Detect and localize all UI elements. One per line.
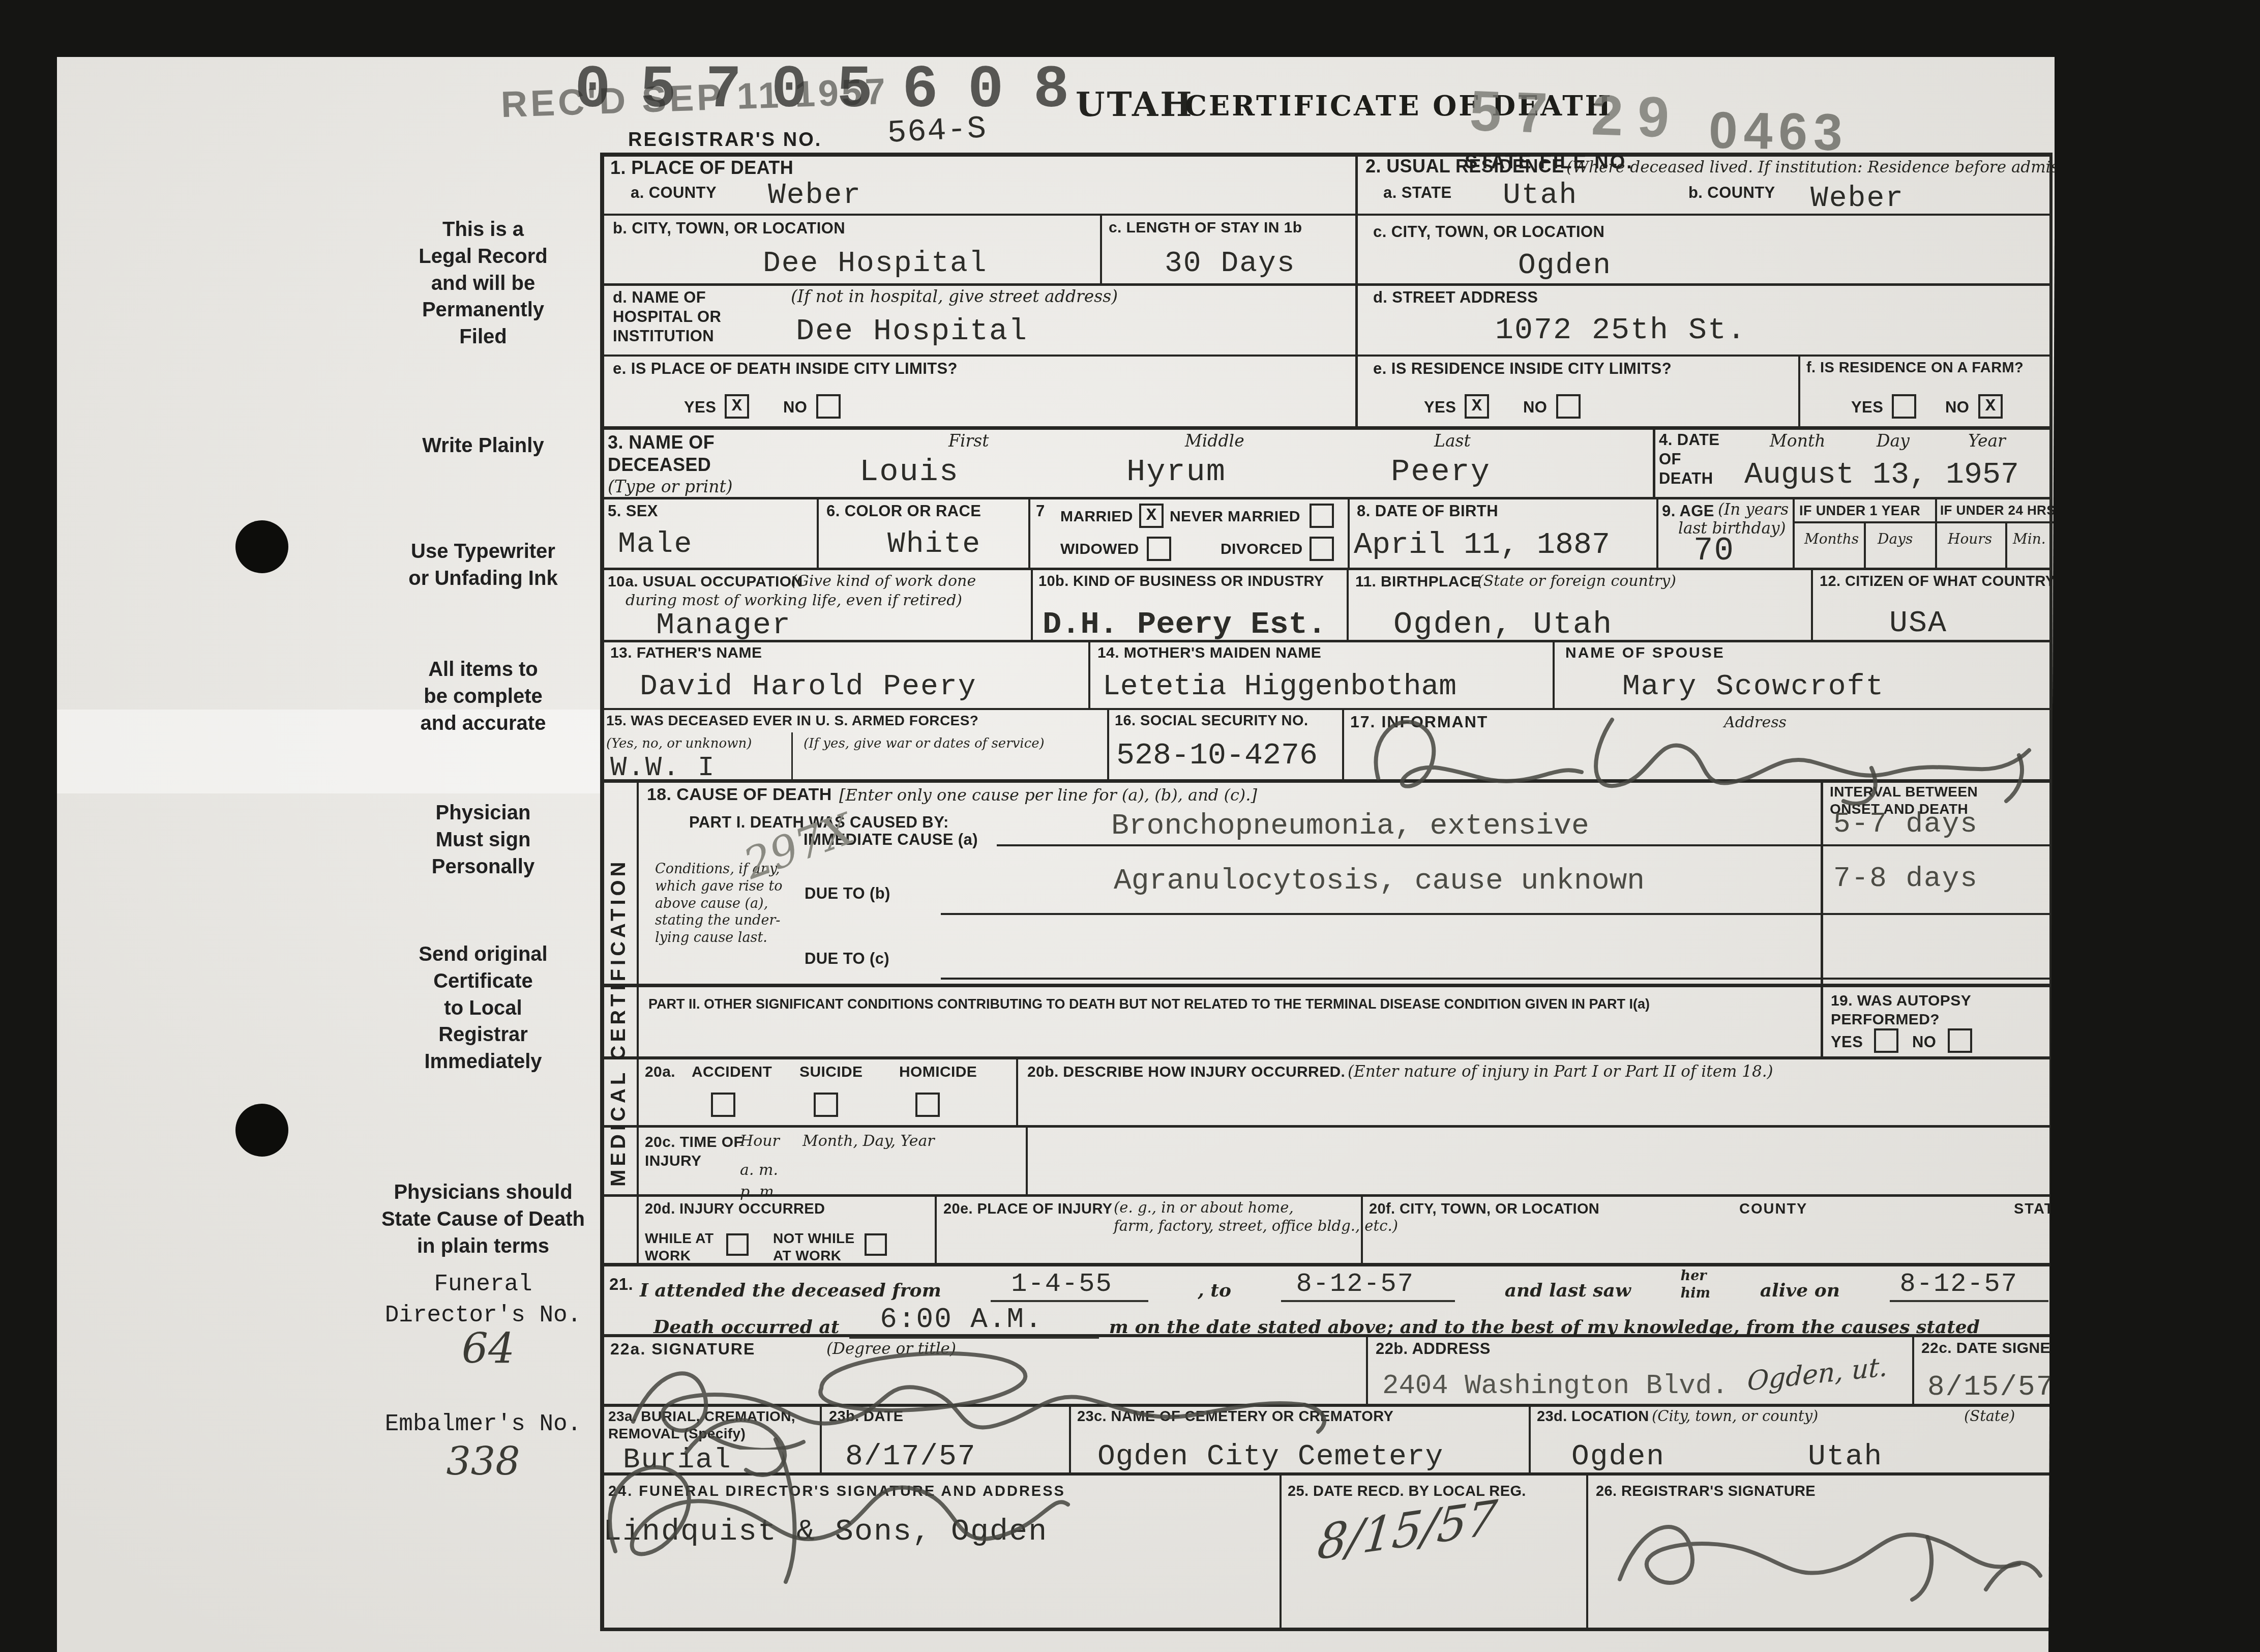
film-edge-left xyxy=(0,0,57,1652)
field-2b-value: Weber xyxy=(1810,182,1904,215)
field-2a-label: a. STATE xyxy=(1383,183,1452,202)
field-16-value: 528-10-4276 xyxy=(1116,739,1318,773)
field-20d-notwhile-label: NOT WHILE AT WORK xyxy=(773,1230,855,1264)
field-3-title: 3. NAME OF DECEASED xyxy=(608,431,715,476)
field-21-line1: I attended the deceased from 1-4-55 , to… xyxy=(640,1267,2048,1302)
field-20a-suicide-label: SUICIDE xyxy=(799,1063,863,1082)
field-18-title: 18. CAUSE OF DEATH xyxy=(647,784,832,805)
field-8-label: 8. DATE OF BIRTH xyxy=(1357,501,1498,521)
field-15-hint1: (Yes, no, or unknown) xyxy=(606,735,752,752)
field-20a-homicide-label: HOMICIDE xyxy=(899,1063,977,1082)
field-18-immediate-value: Bronchopneumonia, extensive xyxy=(1111,810,1589,843)
serial-number-stamp: 05705608 xyxy=(575,57,1099,125)
field-21-herhim: her him xyxy=(1681,1267,1710,1302)
line xyxy=(1355,153,1358,426)
field-20d-while-checkbox xyxy=(726,1233,749,1256)
field-7-never-checkbox xyxy=(1310,504,1334,528)
spouse-label: NAME OF SPOUSE xyxy=(1565,644,1725,663)
field-1d-value: Dee Hospital xyxy=(796,314,1028,349)
field-4-year-label: Year xyxy=(1968,430,2006,451)
line xyxy=(1586,1472,1588,1628)
state-file-value-stamp: 0463 xyxy=(1708,101,1849,163)
field-4-label: 4. DATE OF DEATH xyxy=(1659,430,1719,488)
line xyxy=(1653,426,1655,497)
field-3-last-value: Peery xyxy=(1391,454,1491,490)
informant-signature xyxy=(1358,692,2039,814)
field-2e-yes-label: YES xyxy=(1424,398,1456,417)
field-20a-accident-label: ACCIDENT xyxy=(692,1063,772,1082)
field-11-hint: (State or foreign country) xyxy=(1477,572,1676,591)
field-1e-yes-label: YES xyxy=(684,398,716,417)
field-6-value: White xyxy=(887,528,981,561)
field-21-num: 21. xyxy=(609,1274,633,1294)
line xyxy=(1366,1334,1368,1404)
field-1a-label: a. COUNTY xyxy=(631,183,717,202)
field-10b-value: D.H. Peery Est. xyxy=(1043,606,1326,642)
field-14-label: 14. MOTHER'S MAIDEN NAME xyxy=(1097,644,1321,663)
field-2d-value: 1072 25th St. xyxy=(1495,313,1746,348)
field-18-due-b-label: DUE TO (b) xyxy=(805,884,890,903)
field-23d-hint: (City, town, or county) xyxy=(1652,1407,1818,1425)
field-21-her: her xyxy=(1681,1267,1710,1285)
field-7-divorced-checkbox xyxy=(1310,537,1334,561)
field-22c-label: 22c. DATE SIGNED xyxy=(1921,1339,2062,1358)
line xyxy=(1793,521,2055,523)
field-20c-am-label: a. m. xyxy=(740,1161,778,1180)
title-state: UTAH xyxy=(1076,84,1194,124)
line xyxy=(1529,1404,1531,1472)
field-21-t6: m on the date stated above; and to the b… xyxy=(1109,1316,1980,1339)
field-5-label: 5. SEX xyxy=(608,501,658,521)
line xyxy=(817,497,819,568)
field-2a-value: Utah xyxy=(1503,179,1578,212)
line xyxy=(600,426,2053,430)
field-20e-hint: (e. g., in or about home, farm, factory,… xyxy=(1114,1198,1398,1235)
field-2-title: 2. USUAL RESIDENCE xyxy=(1365,155,1564,178)
line xyxy=(1793,497,1795,568)
field-4-month-label: Month xyxy=(1770,430,1825,451)
field-21-t5: Death occurred at xyxy=(653,1316,839,1339)
field-1e-no-checkbox xyxy=(816,394,841,419)
field-9-under1-label: IF UNDER 1 YEAR xyxy=(1799,503,1920,519)
margin-note-legal-record: This is a Legal Record and will be Perma… xyxy=(315,216,651,350)
line xyxy=(1348,497,1350,568)
line xyxy=(1028,497,1030,568)
field-23d-state-hint: (State) xyxy=(1964,1407,2015,1425)
field-21-line2: Death occurred at 6:00 A.M. m on the dat… xyxy=(653,1303,2052,1339)
line xyxy=(600,1056,2053,1059)
field-18-bracket-hint: [Enter only one cause per line for (a), … xyxy=(839,785,1257,805)
interval-column-border xyxy=(1821,779,1823,1056)
field-10b-label: 10b. KIND OF BUSINESS OR INDUSTRY xyxy=(1038,573,1324,591)
field-2d-label: d. STREET ADDRESS xyxy=(1373,288,1538,307)
field-23d-state-value: Utah xyxy=(1808,1440,1883,1473)
field-18-interval-b-value: 7-8 days xyxy=(1833,862,1978,895)
field-11-value: Ogden, Utah xyxy=(1393,606,1613,642)
field-23d-city-value: Ogden xyxy=(1571,1440,1665,1473)
film-edge-top xyxy=(0,0,2260,57)
field-2f-no-label: NO xyxy=(1945,398,1969,417)
field-15-value: W.W. I xyxy=(610,753,715,784)
field-20a-homicide-checkbox xyxy=(915,1093,940,1117)
field-7-num: 7 xyxy=(1036,501,1045,521)
field-2f-yes-checkbox xyxy=(1892,394,1916,419)
field-1d-label: d. NAME OF HOSPITAL OR INSTITUTION xyxy=(613,288,721,345)
line xyxy=(1100,214,1102,283)
field-3-last-label: Last xyxy=(1434,430,1471,451)
line xyxy=(791,732,793,779)
field-3-first-label: First xyxy=(948,430,989,451)
field-20b-hint: (Enter nature of injury in Part I or Par… xyxy=(1348,1062,1773,1082)
line xyxy=(1347,568,1349,640)
field-2c-value: Ogden xyxy=(1518,249,1612,282)
field-10a-hint2: during most of working life, even if ret… xyxy=(626,591,962,610)
field-11-label: 11. BIRTHPLACE xyxy=(1355,573,1481,592)
line xyxy=(1798,355,1800,426)
line xyxy=(1342,708,1344,779)
field-10a-label: 10a. USUAL OCCUPATION xyxy=(608,573,802,592)
field-12-value: USA xyxy=(1889,606,1947,641)
film-edge-right xyxy=(2048,0,2260,1652)
punch-hole-bottom xyxy=(235,1104,288,1157)
field-2c-label: c. CITY, TOWN, OR LOCATION xyxy=(1373,222,1604,242)
field-21-v3: 8-12-57 xyxy=(1890,1269,2048,1302)
field-21-t2: , to xyxy=(1198,1279,1231,1302)
registrar-no-label: REGISTRAR'S NO. xyxy=(628,128,822,152)
field-1e-no-label: NO xyxy=(783,398,807,417)
field-19-no-label: NO xyxy=(1912,1032,1936,1052)
field-19-label: 19. WAS AUTOPSY PERFORMED? xyxy=(1831,992,1971,1029)
field-9-days-label: Days xyxy=(1878,530,1913,548)
field-10a-hint1: (Give kind of work done xyxy=(791,572,976,591)
field-21-v4: 6:00 A.M. xyxy=(849,1303,1098,1339)
field-4-day-label: Day xyxy=(1877,430,1910,451)
field-10a-value: Manager xyxy=(656,608,791,643)
funeral-director-no-value: 64 xyxy=(422,1325,554,1373)
line xyxy=(1935,497,1937,568)
margin-note-plain-terms: Physicians should State Cause of Death i… xyxy=(315,1179,651,1259)
field-1d-hint: (If not in hospital, give street address… xyxy=(791,286,1118,307)
field-20a-suicide-checkbox xyxy=(814,1093,838,1117)
line xyxy=(1864,523,1866,568)
cause-b-underline xyxy=(941,913,2051,915)
funeral-director-no-label: Funeral Director's No. xyxy=(315,1269,651,1331)
line xyxy=(600,355,2053,357)
cause-a-underline xyxy=(997,844,2051,846)
field-20d-label: 20d. INJURY OCCURRED xyxy=(645,1200,825,1218)
field-9-min-label: Min. xyxy=(2013,530,2046,548)
line xyxy=(1280,1472,1282,1628)
field-19-no-checkbox xyxy=(1948,1028,1972,1053)
field-9-value: 70 xyxy=(1693,533,1735,570)
field-15-label: 15. WAS DECEASED EVER IN U. S. ARMED FOR… xyxy=(606,712,978,729)
field-20c-label: 20c. TIME OF INJURY xyxy=(645,1133,743,1170)
death-certificate-scan: REC'D SEP 11 1957 05705608 REGISTRAR'S N… xyxy=(0,0,2260,1652)
line xyxy=(600,1125,2053,1128)
field-1e-yes-checkbox: X xyxy=(725,394,749,419)
field-7-married-label: MARRIED xyxy=(1060,508,1133,526)
field-9-months-label: Months xyxy=(1804,530,1859,548)
line xyxy=(600,984,2053,987)
line xyxy=(1912,1334,1914,1404)
field-2e-yes-checkbox: X xyxy=(1465,394,1489,419)
field-2e-no-checkbox xyxy=(1556,394,1581,419)
field-20f-label: 20f. CITY, TOWN, OR LOCATION xyxy=(1369,1200,1599,1218)
field-9-hint1: (In years xyxy=(1718,500,1789,520)
field-20d-notwhile-checkbox xyxy=(865,1233,887,1256)
field-22c-value: 8/15/57 xyxy=(1927,1371,2054,1403)
margin-note-typewriter: Use Typewriter or Unfading Ink xyxy=(315,538,651,592)
field-1c-value: 30 Days xyxy=(1165,247,1296,280)
line xyxy=(1107,708,1109,779)
field-2e-no-label: NO xyxy=(1523,398,1547,417)
field-20d-while-label: WHILE AT WORK xyxy=(645,1230,713,1264)
margin-note-physician-sign: Physician Must sign Personally xyxy=(315,800,651,880)
field-2b-label: b. COUNTY xyxy=(1688,183,1775,202)
field-1a-value: Weber xyxy=(768,179,861,212)
field-13-label: 13. FATHER'S NAME xyxy=(610,644,762,663)
field-5-value: Male xyxy=(618,528,693,561)
field-1-title: 1. PLACE OF DEATH xyxy=(610,157,793,179)
line xyxy=(1656,497,1658,568)
field-21-t3: and last saw xyxy=(1505,1279,1631,1302)
field-1b-label: b. CITY, TOWN, OR LOCATION xyxy=(613,219,845,238)
field-2f-yes-label: YES xyxy=(1851,398,1883,417)
field-18-due-c-label: DUE TO (c) xyxy=(805,949,889,968)
registrar-signature xyxy=(1602,1490,2049,1607)
field-13-value: David Harold Peery xyxy=(640,670,977,703)
field-7-married-checkbox: X xyxy=(1139,504,1164,528)
field-1e-label: e. IS PLACE OF DEATH INSIDE CITY LIMITS? xyxy=(613,359,958,378)
file-number-stamp: 57 29 xyxy=(1469,78,1685,151)
field-3-first-value: Louis xyxy=(859,454,959,490)
field-7-divorced-label: DIVORCED xyxy=(1221,540,1303,559)
field-1c-label: c. LENGTH OF STAY IN 1b xyxy=(1109,219,1302,238)
field-23d-label: 23d. LOCATION xyxy=(1537,1408,1649,1426)
field-15-hint2: (If yes, give war or dates of service) xyxy=(804,735,1045,752)
field-2f-label: f. IS RESIDENCE ON A FARM? xyxy=(1806,359,2024,377)
field-7-never-label: NEVER MARRIED xyxy=(1170,508,1300,526)
line xyxy=(935,1194,937,1263)
field-20e-label: 20e. PLACE OF INJURY xyxy=(943,1200,1112,1218)
field-19-yes-label: YES xyxy=(1831,1032,1863,1052)
line xyxy=(2005,523,2007,568)
field-1b-value: Dee Hospital xyxy=(763,247,988,280)
field-20f-county-label: COUNTY xyxy=(1739,1200,1807,1218)
line xyxy=(1811,568,1813,640)
field-21-t1: I attended the deceased from xyxy=(640,1279,941,1302)
field-21-t4: alive on xyxy=(1760,1279,1840,1302)
field-18-due-b-value: Agranulocytosis, cause unknown xyxy=(1114,865,1645,898)
margin-note-send-original: Send original Certificate to Local Regis… xyxy=(315,941,651,1075)
field-3-middle-value: Hyrum xyxy=(1126,454,1226,490)
field-21-v2: 8-12-57 xyxy=(1281,1269,1455,1302)
medical-certification-strip: MEDICAL CERTIFICATION xyxy=(606,793,631,1251)
field-21-v1: 1-4-55 xyxy=(991,1269,1148,1302)
field-3-middle-label: Middle xyxy=(1185,430,1244,451)
line xyxy=(1026,1125,1028,1194)
line xyxy=(600,1194,2053,1197)
field-20c-hour-label: Hour xyxy=(740,1132,780,1151)
field-19-yes-checkbox xyxy=(1874,1028,1898,1053)
field-8-value: April 11, 1887 xyxy=(1354,528,1610,563)
field-20a-accident-checkbox xyxy=(711,1093,735,1117)
line xyxy=(1088,640,1090,708)
embalmer-no-value: 338 xyxy=(417,1438,549,1484)
margin-note-write-plainly: Write Plainly xyxy=(315,432,651,459)
field-12-label: 12. CITIZEN OF WHAT COUNTRY? xyxy=(1820,573,2065,591)
margin-note-complete: All items to be complete and accurate xyxy=(315,656,651,736)
field-9-under24-label: IF UNDER 24 HRS. xyxy=(1940,503,2060,519)
line xyxy=(1031,568,1033,640)
cause-c-underline xyxy=(941,978,2051,980)
line xyxy=(1016,1056,1018,1125)
field-7-widowed-checkbox xyxy=(1147,537,1171,561)
punch-hole-top xyxy=(235,520,288,573)
field-6-label: 6. COLOR OR RACE xyxy=(826,501,981,521)
line xyxy=(600,568,2053,570)
field-20b-label: 20b. DESCRIBE HOW INJURY OCCURRED. xyxy=(1027,1063,1345,1082)
field-20a-label: 20a. xyxy=(645,1063,675,1082)
field-21-him: him xyxy=(1681,1285,1710,1302)
field-9-label: 9. AGE xyxy=(1662,501,1714,521)
field-20c-pm-label: p. m. xyxy=(740,1183,779,1202)
field-3-hint: (Type or print) xyxy=(608,476,733,497)
line xyxy=(600,1628,2053,1631)
field-2f-no-checkbox: X xyxy=(1978,394,2003,419)
funeral-director-signature xyxy=(582,1394,1086,1597)
field-22b-value: 2404 Washington Blvd. xyxy=(1382,1371,1729,1402)
field-2e-label: e. IS RESIDENCE INSIDE CITY LIMITS? xyxy=(1373,359,1672,378)
field-16-label: 16. SOCIAL SECURITY NO. xyxy=(1115,712,1308,730)
field-9-hours-label: Hours xyxy=(1948,530,1992,548)
field-22b-label: 22b. ADDRESS xyxy=(1376,1339,1491,1359)
field-20c-mdy-label: Month, Day, Year xyxy=(802,1132,935,1151)
field-4-value: August 13, 1957 xyxy=(1744,458,2019,492)
field-18-part2-label: PART II. OTHER SIGNIFICANT CONDITIONS CO… xyxy=(648,996,1808,1013)
field-7-widowed-label: WIDOWED xyxy=(1060,540,1139,559)
